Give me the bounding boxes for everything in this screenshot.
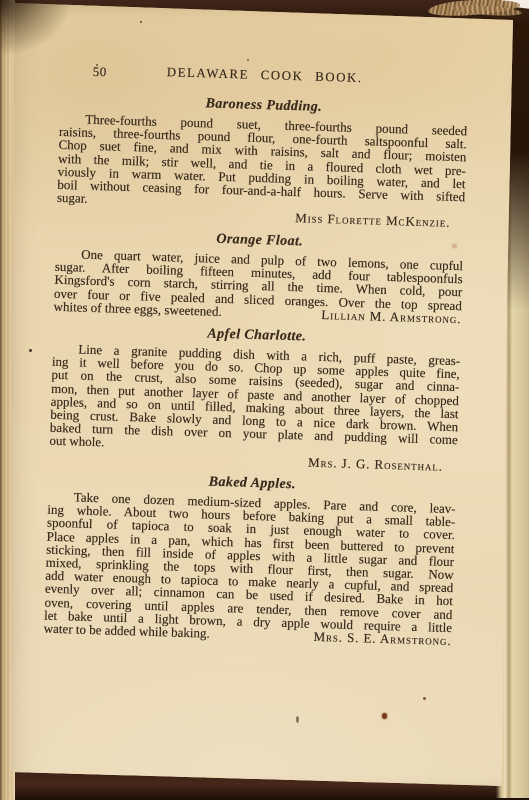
recipe-attribution: Lillian M. Armstrong.	[321, 308, 461, 325]
page-number: 50	[93, 64, 107, 80]
recipe-section: Apfel Charlotte.Line a granite pudding d…	[49, 321, 461, 474]
recipe-list: Baroness Pudding.Three-fourths pound sue…	[44, 91, 468, 648]
recipe-section: Orange Float.One quart water, juice and …	[53, 226, 463, 325]
scanned-book-page: 50 DELAWARE COOK BOOK. Baroness Pudding.…	[0, 0, 529, 800]
page-content: 50 DELAWARE COOK BOOK. Baroness Pudding.…	[44, 62, 469, 647]
recipe-line-text: whites of three eggs, sweetened.	[53, 300, 222, 318]
recipe-attribution: Mrs. J. G. Rosenthal.	[308, 454, 443, 473]
recipe-section: Baroness Pudding.Three-fourths pound sue…	[56, 91, 468, 230]
recipe-section: Baked Apples.Take one dozen medium-sized…	[44, 469, 457, 648]
